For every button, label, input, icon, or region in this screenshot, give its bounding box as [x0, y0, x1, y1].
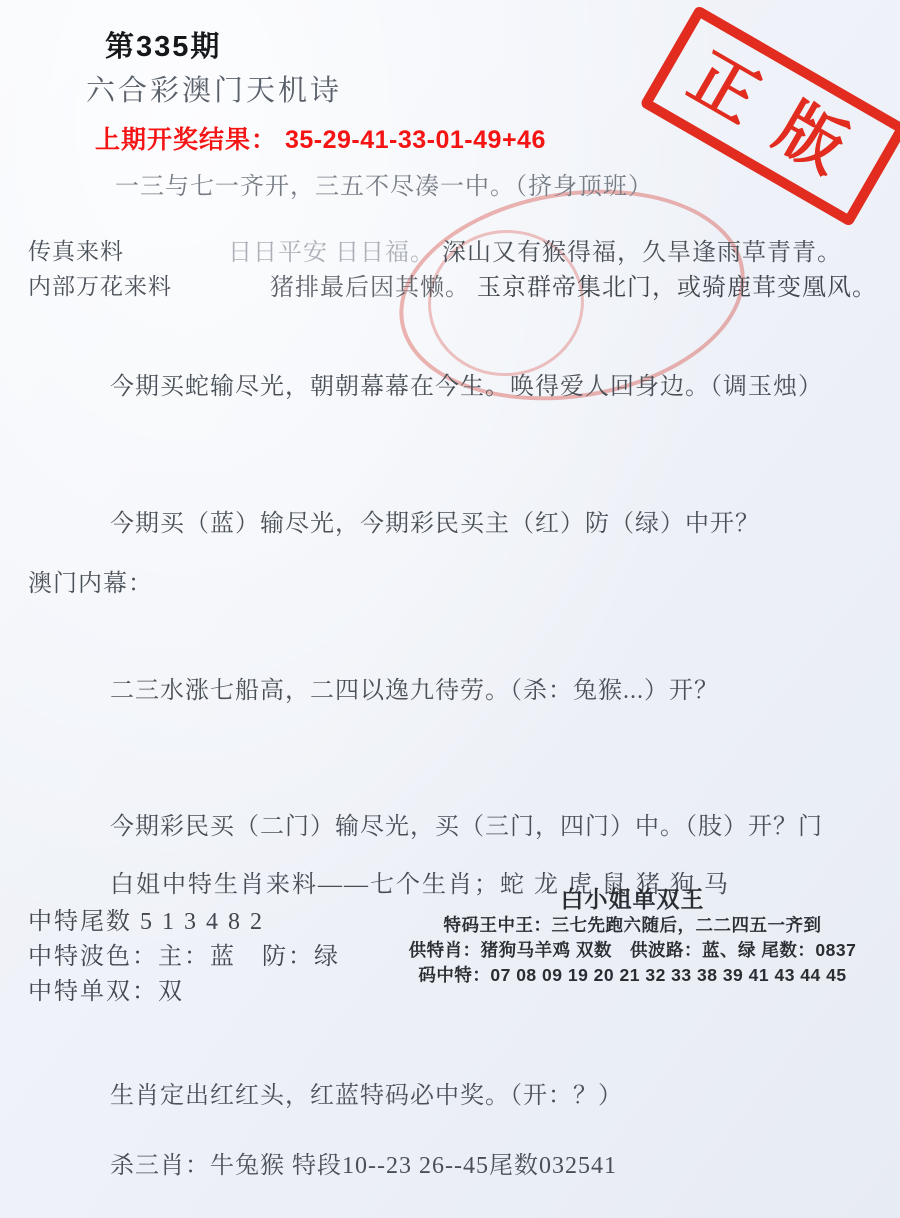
page-title: 六合彩澳门天机诗 — [86, 68, 342, 109]
lottery-tip-sheet: 第335期 六合彩澳门天机诗 上期开奖结果： 35-29-41-33-01-49… — [0, 0, 900, 1218]
fax-text-main: 深山又有猴得福，久旱逢雨草青青。 — [442, 240, 842, 266]
poem-line-5: 今期彩民买（二门）输尽光，买（三门，四门）中。（肢）开？门 — [110, 806, 823, 841]
fax-text-faded: 日日平安 日日福。 — [228, 240, 435, 266]
last-draw-result: 上期开奖结果： 35-29-41-33-01-49+46 — [95, 120, 546, 156]
macau-insider-label: 澳门内幕： — [28, 563, 153, 598]
poem-line-4: 二三水涨七船高，二四以逸九待劳。（杀：兔猴...）开？ — [110, 670, 719, 705]
poem-line-6: 生肖定出红红头，红蓝特码必中奖。（开：？） — [110, 1075, 623, 1110]
stat-tail-numbers: 中特尾数 5 1 3 4 8 2 — [28, 901, 264, 936]
kill-three-zodiac-line: 杀三肖：牛兔猴 特段10--23 26--45尾数032541 — [110, 1145, 617, 1180]
last-draw-label: 上期开奖结果： — [95, 126, 277, 154]
fax-source-label: 传真来料 — [28, 233, 124, 266]
internal-text-faded: 猪排最后因其懒。 — [270, 275, 470, 301]
baixiaojie-title: 白小姐单双王 — [375, 886, 890, 913]
poem-line-1: 一三与七一齐开，三五不尽凑一中。（挤身顶班） — [115, 166, 653, 201]
baixiaojie-block: 白小姐单双王 特码王中王：三七先跑六随后，二二四五一齐到 供特肖：猪狗马羊鸡 双… — [375, 886, 890, 988]
baixiaojie-line-1: 特码王中王：三七先跑六随后，二二四五一齐到 — [375, 913, 890, 938]
genuine-stamp-text: 正版 — [662, 32, 886, 199]
baixiaojie-line-2: 供特肖：猪狗马羊鸡 双数 供波路：蓝、绿 尾数：0837 — [375, 938, 890, 963]
poem-line-2: 今期买蛇输尽光，朝朝幕幕在今生。唤得爱人回身边。（调玉烛） — [110, 366, 823, 401]
fax-source-text: 日日平安 日日福。 深山又有猴得福，久旱逢雨草青青。 — [228, 232, 842, 267]
internal-source-text: 猪排最后因其懒。 玉京群帝集北门，或骑鹿茸变凰风。 — [270, 267, 877, 302]
stat-odd-even: 中特单双：双 — [28, 971, 184, 1006]
baixiaojie-line-3: 码中特：07 08 09 19 20 21 32 33 38 39 41 43 … — [375, 963, 890, 988]
stat-wave-color: 中特波色：主：蓝 防：绿 — [28, 936, 340, 971]
internal-text-main: 玉京群帝集北门，或骑鹿茸变凰风。 — [477, 275, 877, 301]
last-draw-numbers: 35-29-41-33-01-49+46 — [285, 126, 546, 154]
internal-source-label: 内部万花来料 — [28, 268, 172, 301]
issue-number: 第335期 — [105, 24, 221, 65]
poem-line-3: 今期买（蓝）输尽光，今期彩民买主（红）防（绿）中开？ — [110, 503, 760, 538]
genuine-stamp: 正版 — [639, 5, 900, 227]
